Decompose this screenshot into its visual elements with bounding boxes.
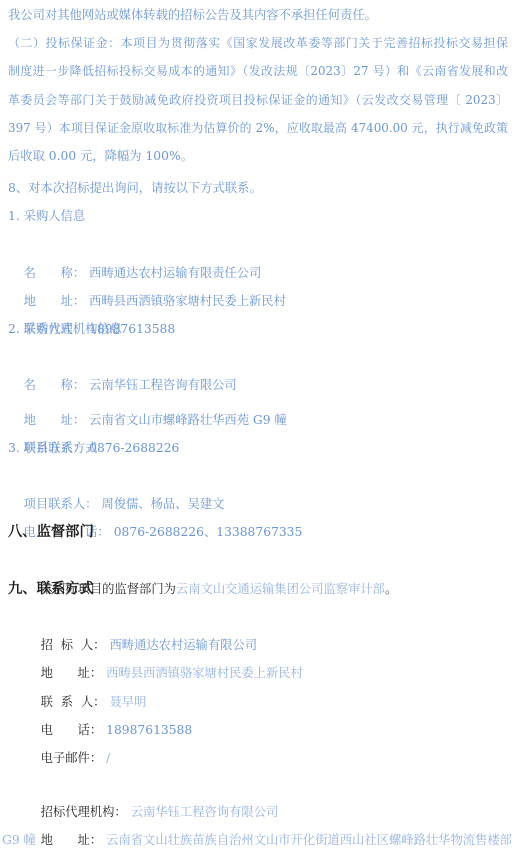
agent-label: 招标代理机构： — [41, 805, 127, 819]
agency-address-label: 地 址： — [24, 413, 86, 427]
supervision-body-suffix: 。 — [385, 582, 397, 596]
agent-address-value: 云南省文山壮族苗族自治州文山市开化街道西山社区螺峰路壮华物流售楼部 — [106, 833, 512, 847]
bidder-label: 招 标 人： — [41, 638, 106, 652]
contact-phone-label: 电 话： — [41, 723, 103, 737]
bidder-address-label: 地 址： — [41, 666, 103, 680]
agent-address-label: 地 址： — [41, 833, 103, 847]
purchaser-address-label: 地 址： — [24, 294, 86, 308]
agency-name-value: 云南华钰工程咨询有限公司 — [89, 378, 237, 392]
contact-person-value: 聂早明 — [109, 695, 146, 709]
email-value: / — [106, 751, 110, 765]
deposit-paragraph-line-3: 革委员会等部门关于鼓励减免政府投资项目投标保证金的通知》（云发改交易管理〔 20… — [8, 86, 508, 114]
agency-name-label: 名 称： — [24, 378, 86, 392]
agency-phone-value: 0876-2688226 — [89, 441, 179, 455]
purchaser-section-title: 1. 采购人信息 — [8, 202, 508, 230]
purchaser-name-label: 名 称： — [24, 266, 86, 280]
project-contact-section-title: 3. 项目联系方式 — [8, 434, 508, 462]
email-label: 电子邮件： — [41, 751, 103, 765]
bidder-address-value: 西畴县西洒镇骆家塘村民委上新民村 — [106, 666, 303, 680]
agency-name-row: 名 称：云南华钰工程咨询有限公司 — [8, 343, 508, 371]
bidder-row: 招 标 人：西畴通达农村运输有限公司 — [8, 603, 508, 631]
deposit-paragraph-line-1: （二）投标保证金：本项目为贯彻落实《国家发展改革委等部门关于完善招标投标交易担保 — [8, 29, 508, 57]
supervision-body-row: 本招标项目的监督部门为云南文山交通运输集团公司监察审计部。 — [8, 547, 508, 575]
project-contact-person-row: 项目联系人：周俊儒、杨品、吴建文 — [8, 462, 508, 490]
agent-value: 云南华钰工程咨询有限公司 — [131, 805, 279, 819]
project-contact-person-label: 项目联系人： — [24, 497, 98, 511]
agency-address-value: 云南省文山市螺峰路壮华西苑 G9 幢 — [89, 413, 287, 427]
deposit-paragraph-line-4: 397 号）本项目保证金原收取标准为估算价的 2%，应收取最高 47400.00… — [8, 114, 508, 142]
project-contact-phone-value: 0876-2688226、13388767335 — [114, 525, 303, 539]
tender-notice-document: 我公司对其他网站或媒体转载的招标公告及其内容不承担任何责任。 （二）投标保证金：… — [0, 0, 517, 852]
purchaser-name-row: 名 称：西畴通达农村运输有限责任公司 — [8, 231, 508, 259]
bidder-value: 西畴通达农村运输有限公司 — [109, 638, 257, 652]
project-contact-person-value: 周俊儒、杨品、吴建文 — [101, 497, 224, 511]
liability-note: 我公司对其他网站或媒体转载的招标公告及其内容不承担任何责任。 — [8, 1, 508, 29]
purchaser-address-value: 西畴县西洒镇骆家塘村民委上新民村 — [89, 294, 286, 308]
contact-phone-value: 18987613588 — [106, 723, 192, 737]
agent-row: 招标代理机构：云南华钰工程咨询有限公司 — [8, 770, 508, 798]
supervision-department: 云南文山交通运输集团公司监察审计部 — [176, 582, 385, 596]
deposit-paragraph-line-5: 后收取 0.00 元，降幅为 100%。 — [8, 142, 508, 170]
purchaser-name-value: 西畴通达农村运输有限责任公司 — [89, 266, 261, 280]
agency-section-title: 2. 采购代理机构信息 — [8, 315, 508, 343]
deposit-paragraph-line-2: 制度进一步降低招标投标交易成本的通知》（发改法规〔2023〕27 号）和《云南省… — [8, 57, 508, 85]
contact-person-label: 联 系 人： — [41, 695, 106, 709]
inquiry-note: 8、对本次招标提出询问，请按以下方式联系。 — [8, 174, 508, 202]
